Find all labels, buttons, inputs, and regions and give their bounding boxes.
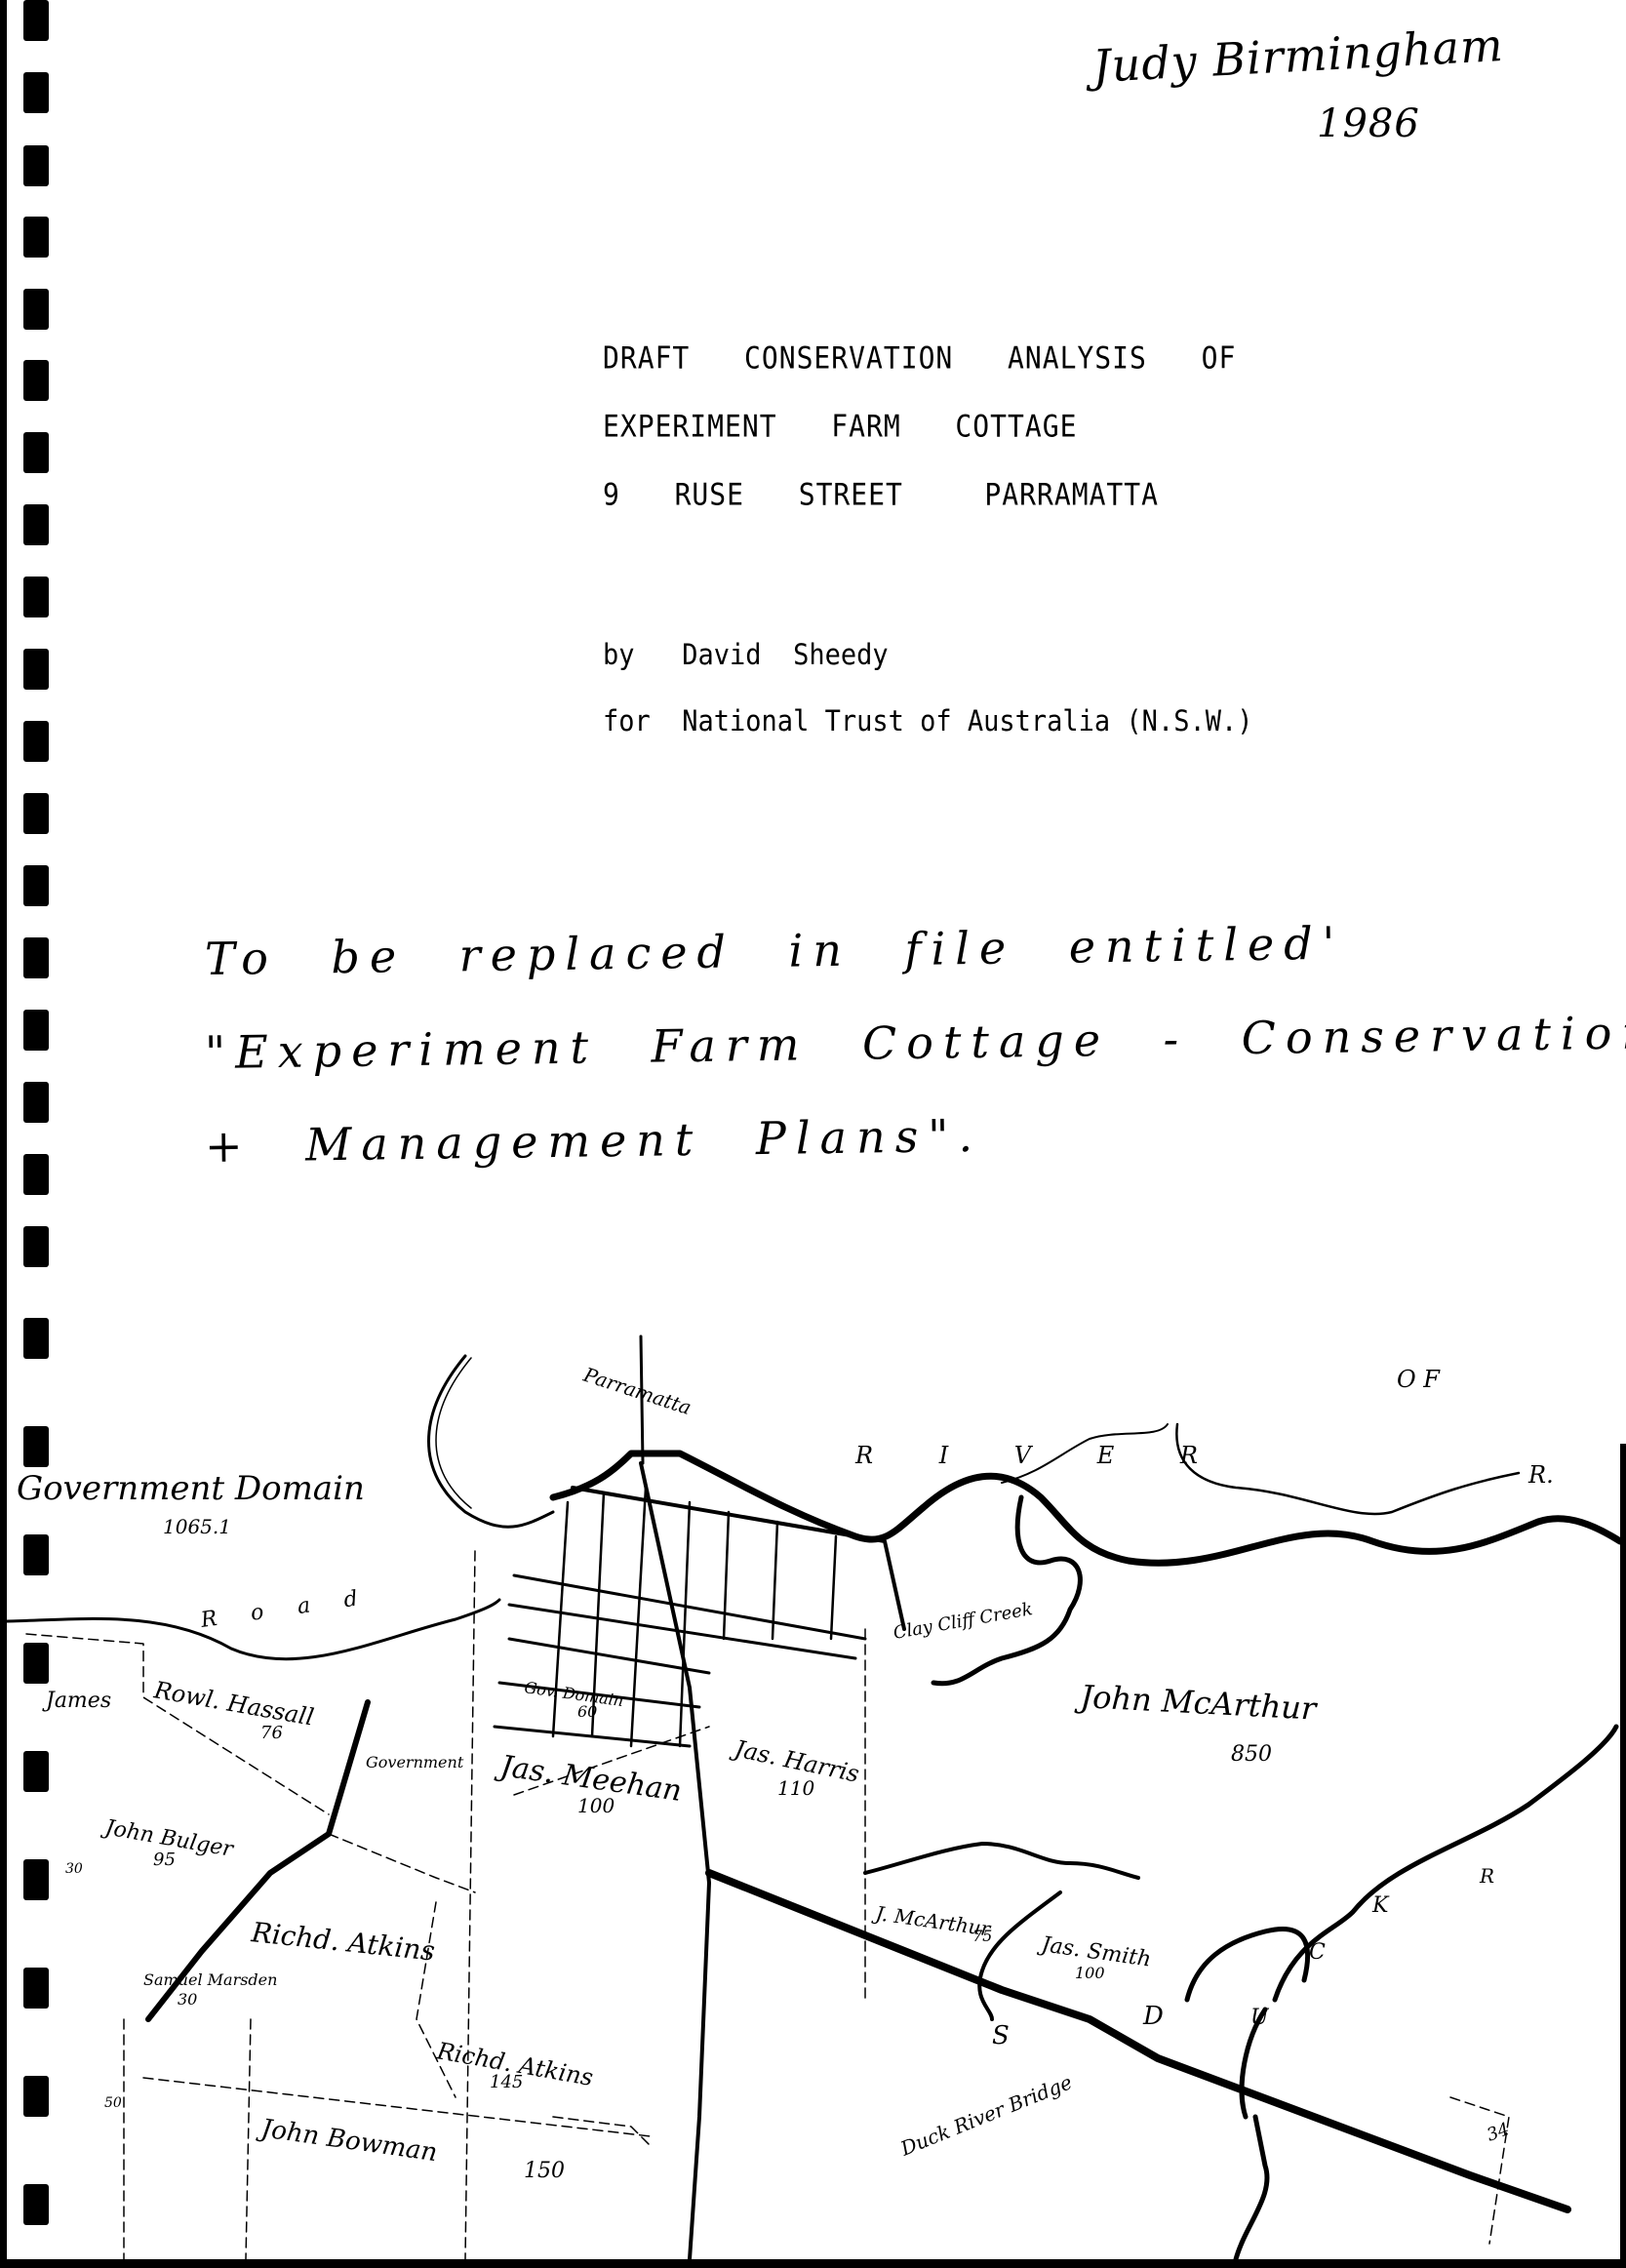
- label-gov-domain-small: Gov. Domain: [523, 1678, 624, 1710]
- client-line: for National Trust of Australia (N.S.W.): [603, 700, 1252, 774]
- label-john-bowman: John Bowman: [255, 2114, 439, 2169]
- binding-hole: [23, 721, 49, 762]
- title-line-2: EXPERIMENT FARM COTTAGE: [603, 405, 1236, 481]
- binding-hole: [23, 793, 49, 834]
- binding-hole: [23, 865, 49, 906]
- label-government: Government: [366, 1753, 464, 1771]
- label-john-bowman-area: 150: [524, 2159, 565, 2183]
- label-road: R o a d: [198, 1585, 373, 1633]
- label-rowland-hassall-area: 76: [260, 1723, 283, 1743]
- note-line-1: To be replaced in file entitled': [204, 895, 1473, 1006]
- label-jas-harris-area: 110: [777, 1776, 814, 1800]
- title-line-1: DRAFT CONSERVATION ANALYSIS OF: [603, 337, 1236, 413]
- scan-left-edge: [0, 0, 7, 2268]
- note-line-2: "Experiment Farm Cottage - Conservation': [204, 988, 1473, 1099]
- binding-hole: [23, 72, 49, 113]
- label-parramatta: Parramatta: [580, 1363, 694, 1419]
- label-samuel-marsden-area: 30: [178, 1990, 197, 2009]
- label-john-bulger-area: 95: [153, 1850, 176, 1870]
- binding-hole: [23, 1010, 49, 1051]
- label-john-macarthur-area: 850: [1231, 1742, 1272, 1767]
- binding-hole: [23, 1154, 49, 1195]
- binding-hole: [23, 577, 49, 617]
- label-jas-meehan-area: 100: [577, 1794, 615, 1817]
- byline: by David Sheedy for National Trust of Au…: [603, 634, 1252, 767]
- binding-hole: [23, 0, 49, 41]
- label-r: R: [1479, 1864, 1494, 1888]
- label-u: U: [1250, 2006, 1270, 2030]
- binding-hole: [23, 1226, 49, 1267]
- label-gov-domain-small-area: 60: [577, 1702, 597, 1721]
- label-jas-smith-area: 100: [1075, 1964, 1105, 1982]
- label-government-domain: Government Domain: [17, 1469, 365, 1508]
- handwritten-signature: Judy Birmingham 1986: [1092, 29, 1522, 156]
- label-r-right: R.: [1527, 1461, 1554, 1489]
- label-small-30: 30: [65, 1861, 83, 1877]
- label-duck-river-bridge: Duck River Bridge: [896, 2070, 1075, 2161]
- handwritten-note: To be replaced in file entitled' "Experi…: [205, 912, 1473, 1193]
- binding-hole: [23, 504, 49, 545]
- binding-hole: [23, 217, 49, 258]
- label-james: James: [42, 1689, 111, 1713]
- label-samuel-marsden: Samuel Marsden: [143, 1970, 277, 1989]
- title-line-3: 9 RUSE STREET PARRAMATTA: [603, 473, 1236, 549]
- binding-hole: [23, 360, 49, 401]
- signature-name: Judy Birmingham: [1091, 19, 1505, 93]
- label-s: S: [992, 2021, 1010, 2050]
- scan-right-edge: [1620, 1444, 1626, 2268]
- label-of: O F: [1397, 1366, 1441, 1393]
- label-john-macarthur: John McArthur: [1074, 1678, 1319, 1728]
- label-clay-cliff-creek: Clay Cliff Creek: [892, 1599, 1034, 1644]
- binding-hole: [23, 145, 49, 186]
- document-title: DRAFT CONSERVATION ANALYSIS OF EXPERIMEN…: [603, 337, 1236, 541]
- label-d: D: [1142, 2002, 1164, 2031]
- historical-map: Government Domain 1065.1 Parramatta R I …: [7, 1317, 1620, 2259]
- signature-year: 1986: [1317, 101, 1420, 146]
- label-k: K: [1371, 1893, 1390, 1918]
- map-drawing: Government Domain 1065.1 Parramatta R I …: [7, 1317, 1620, 2259]
- label-j-macarthur-area: 75: [972, 1927, 992, 1945]
- binding-hole: [23, 937, 49, 978]
- label-richd-atkins-1: Richd. Atkins: [249, 1916, 436, 1968]
- label-river: R I V E R: [854, 1442, 1227, 1469]
- binding-hole: [23, 649, 49, 690]
- label-rowland-hassall: Rowl. Hassall: [151, 1676, 316, 1731]
- author-line: by David Sheedy: [603, 634, 1252, 707]
- label-c: C: [1309, 1940, 1326, 1965]
- binding-hole: [23, 1082, 49, 1123]
- label-richd-atkins-2-area: 145: [490, 2072, 523, 2092]
- scan-bottom-edge: [0, 2259, 1626, 2268]
- binding-hole: [23, 289, 49, 330]
- label-small-50: 50: [104, 2095, 122, 2111]
- binding-hole: [23, 432, 49, 473]
- label-government-domain-area: 1065.1: [163, 1515, 231, 1538]
- note-line-3: + Management Plans".: [204, 1082, 1473, 1193]
